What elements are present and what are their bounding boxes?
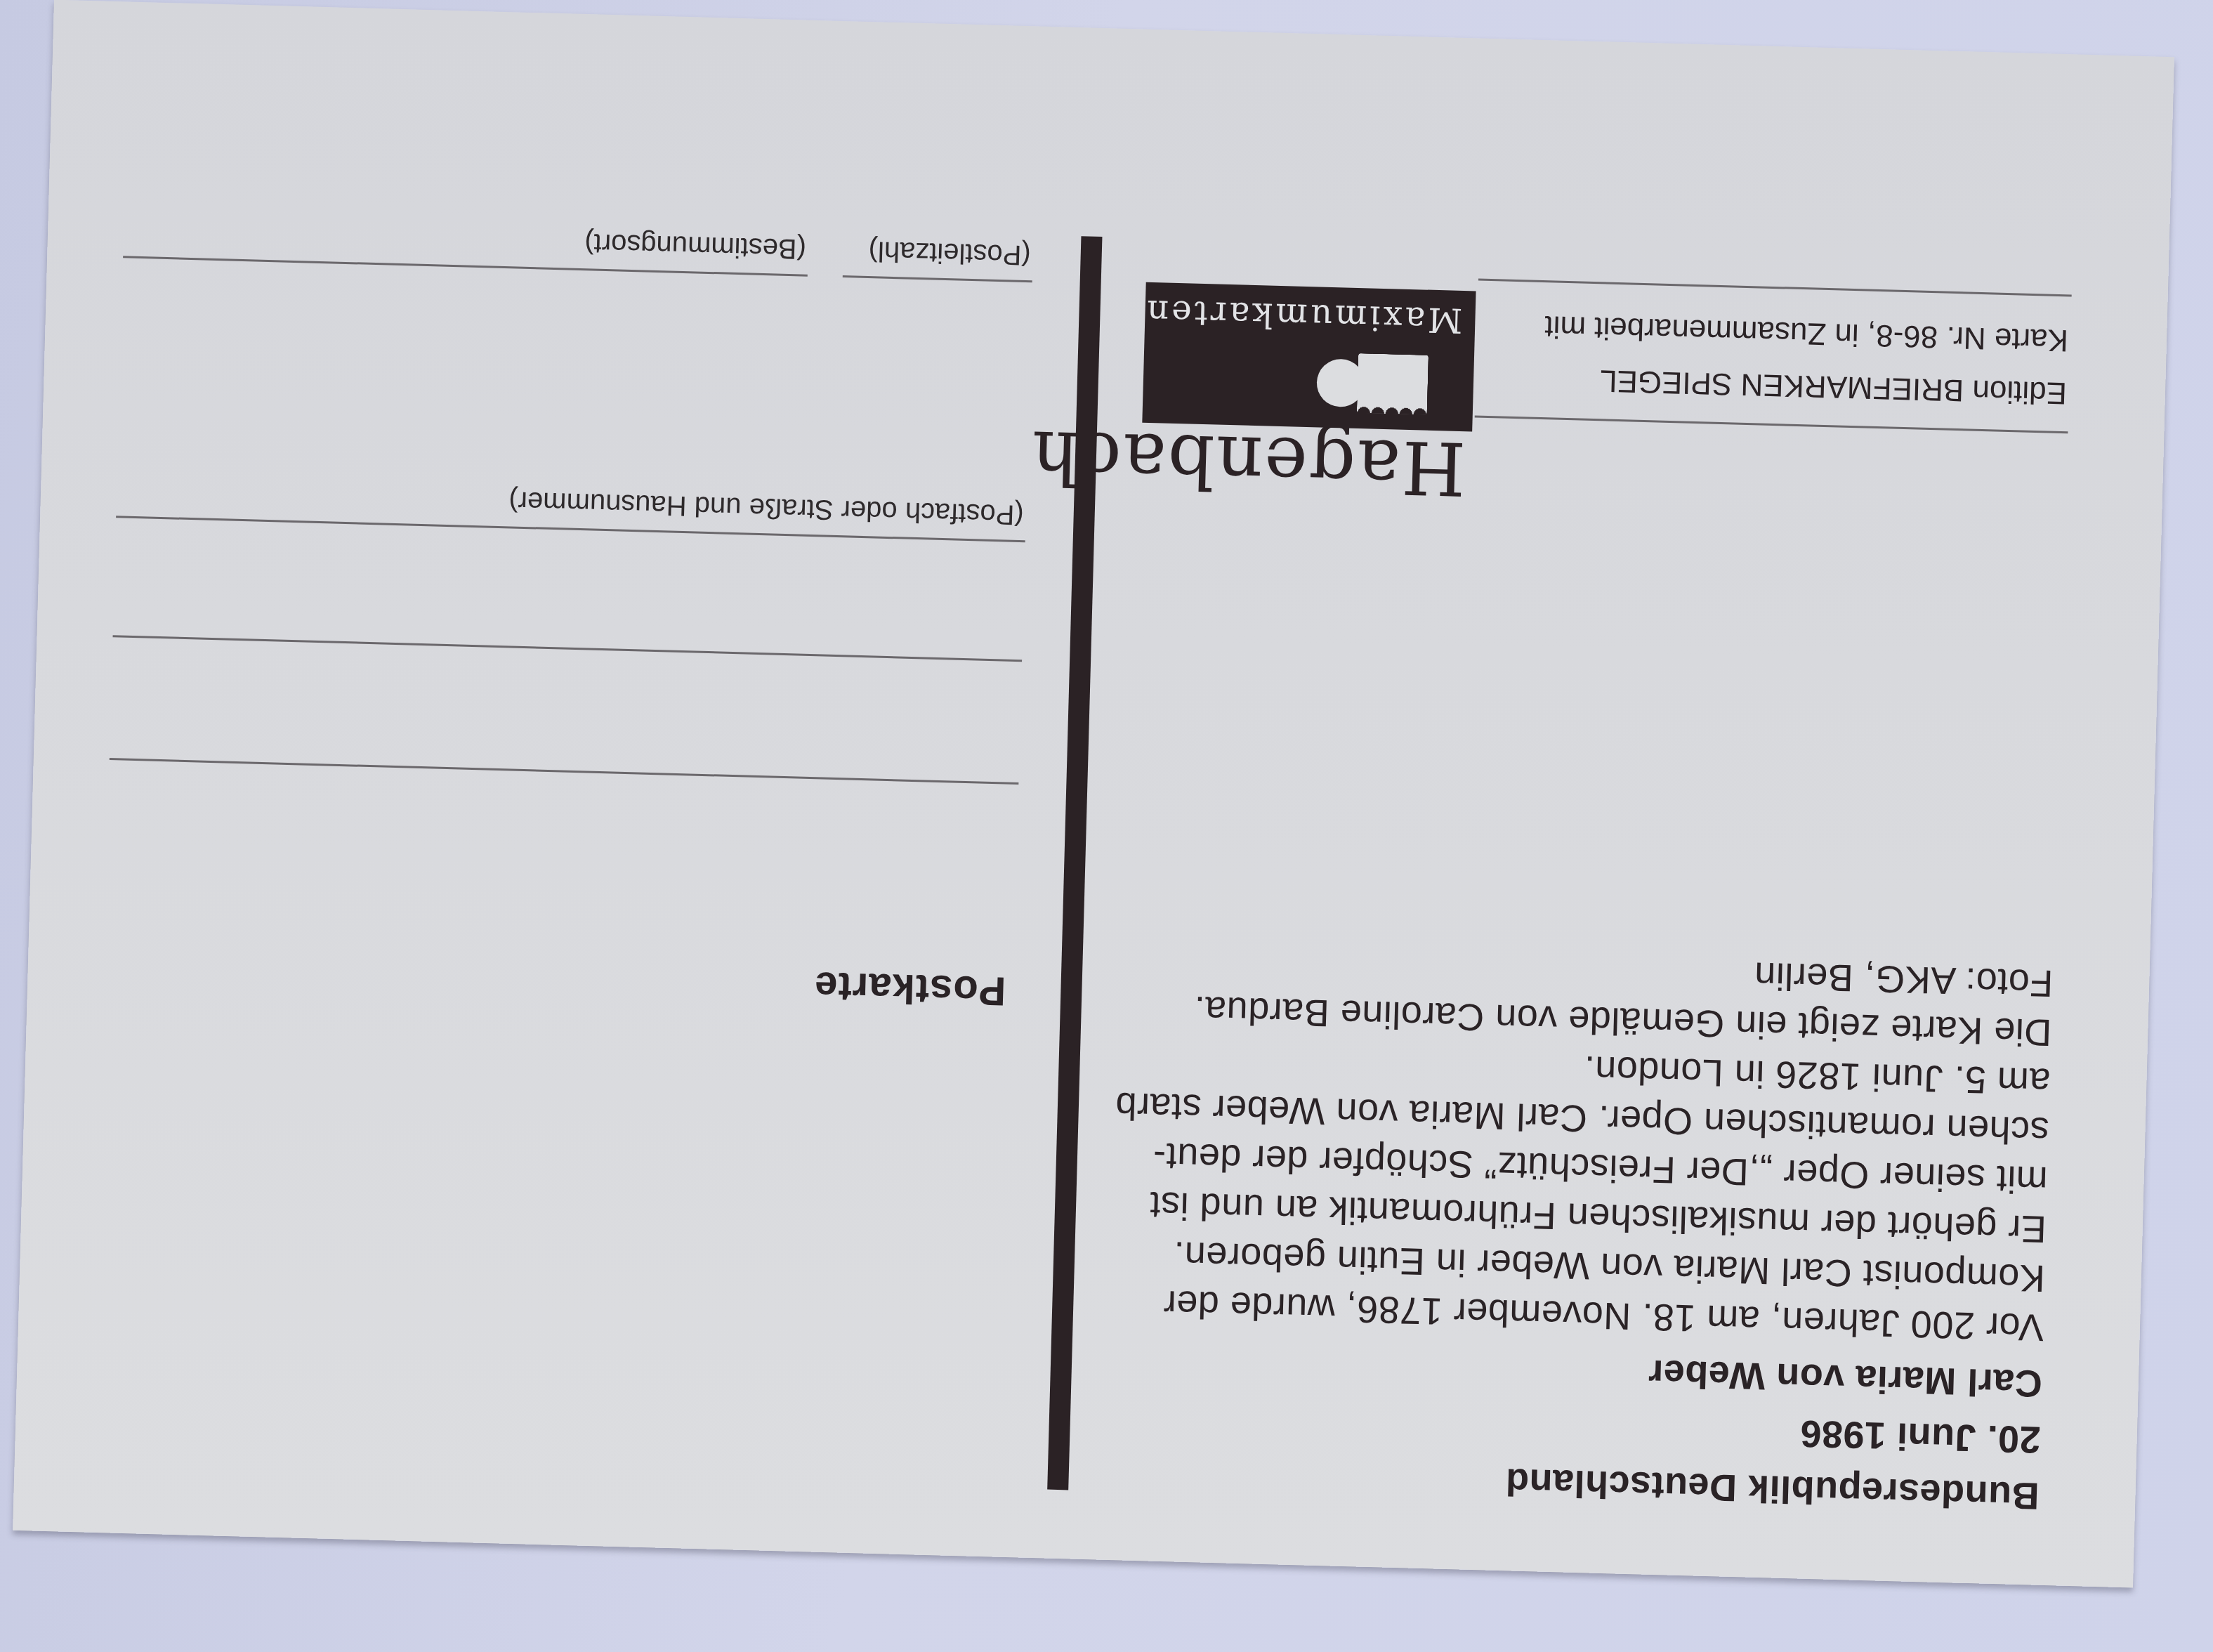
- hagenbach-logo: Hagenbach Maximumkarten: [1140, 279, 1476, 506]
- city-label: (Bestimmungsort): [584, 227, 807, 265]
- postcard-back: Bundesrepublik Deutschland 20. Juni 1986…: [13, 0, 2174, 1587]
- postcode-line[interactable]: [843, 275, 1032, 282]
- logo-box: Maximumkarten: [1142, 282, 1476, 432]
- edition-text: Edition BRIEFMARKEN SPIEGEL Karte Nr. 86…: [1542, 300, 2069, 419]
- postkarte-heading: Postkarte: [813, 962, 1006, 1014]
- logo-subtitle: Maximumkarten: [1143, 292, 1463, 340]
- logo-wordmark: Hagenbach: [1141, 423, 1466, 505]
- address-line-2[interactable]: [113, 635, 1023, 662]
- edition-rule-top: [1475, 415, 2068, 433]
- message-block: Bundesrepublik Deutschland 20. Juni 1986…: [1084, 933, 2054, 1520]
- edition-rule-bottom: [1478, 279, 2072, 297]
- address-line-1[interactable]: [110, 758, 1019, 785]
- stamp-icon: [1357, 353, 1429, 415]
- street-label: (Postfach oder Straße und Hausnummer): [508, 485, 1025, 530]
- postcode-label: (Postleitzahl): [868, 235, 1031, 270]
